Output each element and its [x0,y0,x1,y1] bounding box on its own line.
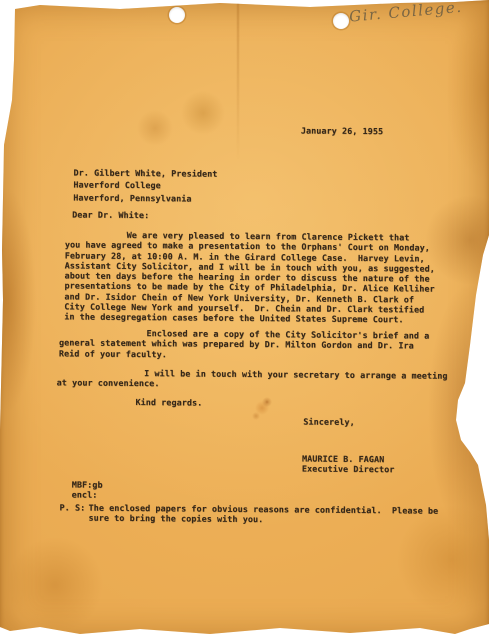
postscript-block: P. S: The enclosed papers for obvious re… [59,502,438,526]
body-paragraph-3: I will be in touch with your secretary t… [57,367,448,391]
postscript-text: The enclosed papers for obvious reasons … [88,503,438,527]
punch-hole-right [333,13,349,29]
reference-initials-block: MBF:gb encl: [72,479,103,500]
postscript-label: P. S: [60,502,89,513]
salutation: Dear Dr. White: [72,209,149,220]
recipient-address: Dr. Gilbert White, President Haverford C… [73,166,217,204]
letter-body: January 26, 1955 Dr. Gilbert White, Pres… [0,0,489,640]
scanned-letter-page: Gir. College. January 26, 1955 Dr. Gilbe… [0,0,489,640]
body-paragraph-2: Enclosed are a copy of the City Solicito… [59,327,430,361]
body-paragraph-1: We are very pleased to learn from Claren… [64,229,435,325]
date-line: January 26, 1955 [301,125,383,136]
signature-block: MAURICE B. FAGAN Executive Director [302,453,395,474]
punch-hole-left [169,7,185,23]
closing-formal: Sincerely, [303,416,355,427]
paper-sheet: Gir. College. January 26, 1955 Dr. Gilbe… [0,0,489,640]
closing-informal: Kind regards. [135,397,202,408]
